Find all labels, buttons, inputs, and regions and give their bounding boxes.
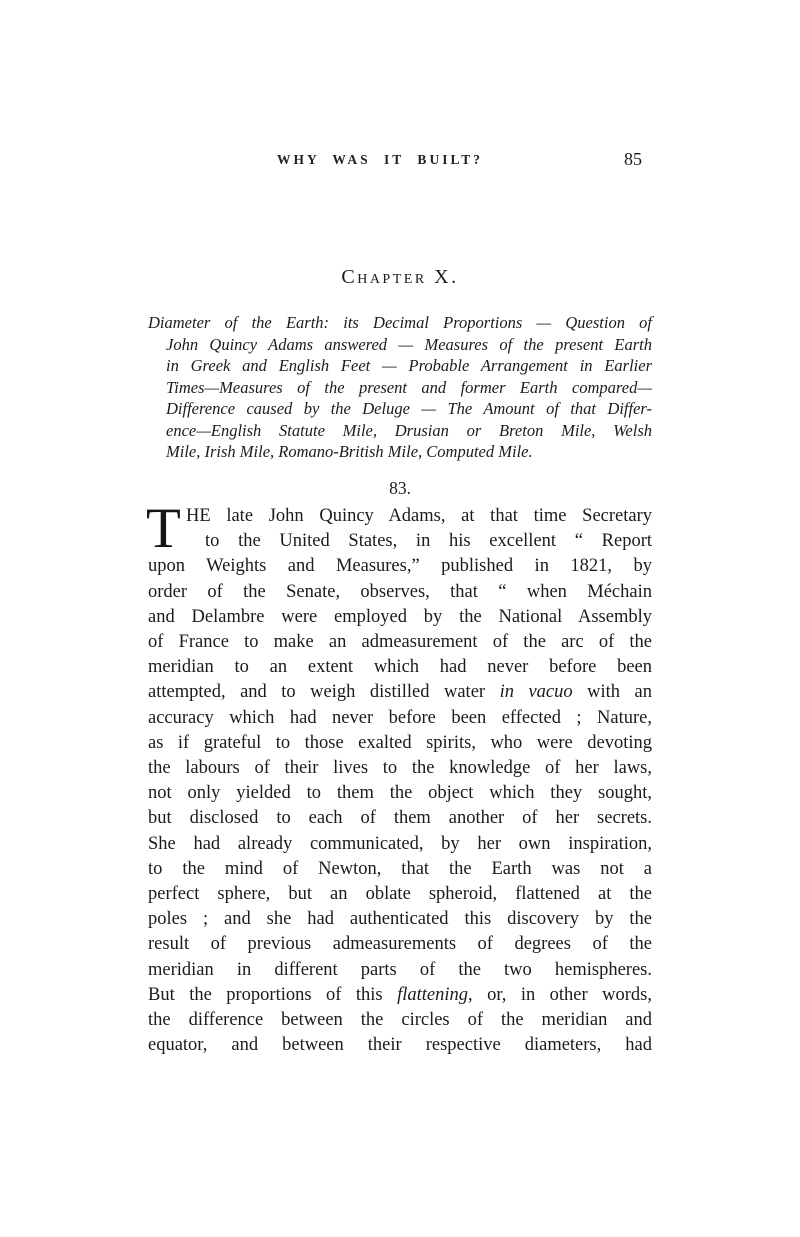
drop-cap: T	[146, 503, 181, 555]
body-line: order of the Senate, observes, that “ wh…	[148, 580, 652, 605]
body-line: meridian to an extent which had never be…	[148, 655, 652, 680]
body-text-lines: HE late John Quincy Adams, at that time …	[148, 504, 652, 1058]
summary-line: Times—Measures of the present and former…	[148, 377, 652, 399]
body-line: result of previous admeasurements of deg…	[148, 932, 652, 957]
body-line: and Delambre were employed by the Nation…	[148, 605, 652, 630]
summary-line: Difference caused by the Deluge — The Am…	[148, 398, 652, 420]
body-line: poles ; and she had authenticated this d…	[148, 907, 652, 932]
running-header-title: WHY WAS IT BUILT?	[148, 152, 612, 168]
summary-line: John Quincy Adams answered — Measures of…	[148, 334, 652, 356]
body-paragraph: T HE late John Quincy Adams, at that tim…	[148, 504, 652, 1058]
body-line: not only yielded to them the object whic…	[148, 781, 652, 806]
summary-line: in Greek and English Feet — Probable Arr…	[148, 355, 652, 377]
body-line: of France to make an admeasurement of th…	[148, 630, 652, 655]
body-line: accuracy which had never before been eff…	[148, 706, 652, 731]
running-header: WHY WAS IT BUILT? 85	[148, 152, 652, 174]
summary-line: Mile, Irish Mile, Romano-British Mile, C…	[148, 441, 652, 463]
body-line: upon Weights and Measures,” published in…	[148, 554, 652, 579]
chapter-summary: Diameter of the Earth: its Decimal Propo…	[148, 312, 652, 463]
body-line: to the mind of Newton, that the Earth wa…	[148, 857, 652, 882]
body-line: perfect sphere, but an oblate spheroid, …	[148, 882, 652, 907]
body-line: but disclosed to each of them another of…	[148, 806, 652, 831]
body-line: to the United States, in his excellent “…	[148, 529, 652, 554]
chapter-heading: Chapter X.	[148, 266, 652, 289]
body-line: attempted, and to weigh distilled water …	[148, 680, 652, 705]
body-line: HE late John Quincy Adams, at that time …	[148, 504, 652, 529]
body-line: meridian in different parts of the two h…	[148, 958, 652, 983]
body-line: the labours of their lives to the knowle…	[148, 756, 652, 781]
body-line: as if grateful to those exalted spirits,…	[148, 731, 652, 756]
body-line: the difference between the circles of th…	[148, 1008, 652, 1033]
page-number: 85	[624, 149, 642, 170]
body-line: equator, and between their respective di…	[148, 1033, 652, 1058]
body-line: She had already communicated, by her own…	[148, 832, 652, 857]
summary-line: Diameter of the Earth: its Decimal Propo…	[148, 312, 652, 334]
section-number: 83.	[148, 478, 652, 499]
book-page: WHY WAS IT BUILT? 85 Chapter X. Diameter…	[0, 0, 800, 1237]
summary-line: ence—English Statute Mile, Drusian or Br…	[148, 420, 652, 442]
body-line: But the proportions of this flattening, …	[148, 983, 652, 1008]
